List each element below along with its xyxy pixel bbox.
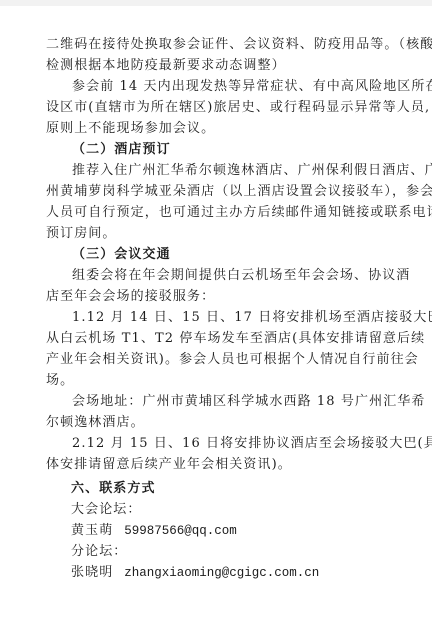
body-line: 场。 [46,370,380,391]
body-line: 尔顿逸林酒店。 [46,412,380,433]
body-line: 检测根据本地防疫最新要求动态调整） [46,55,380,76]
body-line: 1.12 月 14 日、15 日、17 日将安排机场至酒店接驳大巴， [46,307,380,328]
body-line: 从白云机场 T1、T2 停车场发车至酒店(具体安排请留意后续 [46,328,380,349]
body-line: 组委会将在年会期间提供白云机场至年会会场、协议酒 [46,265,380,286]
body-line: 店至年会会场的接驳服务： [46,286,380,307]
body-line: 体安排请留意后续产业年会相关资讯)。 [46,454,380,475]
body-line: 二维码在接待处换取参会证件、会议资料、防疫用品等。（核酸 [46,34,380,55]
body-line: 原则上不能现场参加会议。 [46,118,380,139]
section-heading-hotel: （二）酒店预订 [46,139,380,160]
contact-email: 59987566@qq.com [124,524,237,538]
body-line: 设区市(直辖市为所在辖区)旅居史、或行程码显示异常等人员, [46,97,380,118]
body-line: 2.12 月 15 日、16 日将安排协议酒店至会场接驳大巴(具 [46,433,380,454]
body-line: 推荐入住广州汇华希尔顿逸林酒店、广州保利假日酒店、广 [46,160,380,181]
contact-name: 黄玉萌 [71,520,119,541]
page-top-edge [0,0,432,6]
document-page: 二维码在接待处换取参会证件、会议资料、防疫用品等。（核酸 检测根据本地防疫最新要… [46,34,380,583]
sub-forum-contact: 张晓明 zhangxiaoming@cgigc.com.cn [46,562,380,583]
main-forum-contact: 黄玉萌 59987566@qq.com [46,520,380,541]
body-line: 产业年会相关资讯)。参会人员也可根据个人情况自行前往会 [46,349,380,370]
section-heading-contact: 六、联系方式 [46,478,380,499]
body-line: 会场地址：广州市黄埔区科学城水西路 18 号广州汇华希 [46,391,380,412]
body-line: 州黄埔萝岗科学城亚朵酒店（以上酒店设置会议接驳车），参会 [46,181,380,202]
section-heading-transport: （三）会议交通 [46,244,380,265]
contact-name: 张晓明 [71,562,119,583]
sub-forum-label: 分论坛： [46,541,380,562]
body-line: 预订房间。 [46,223,380,244]
body-line: 参会前 14 天内出现发热等异常症状、有中高风险地区所在 [46,76,380,97]
body-line: 人员可自行预定，也可通过主办方后续邮件通知链接或联系电话 [46,202,380,223]
main-forum-label: 大会论坛： [46,499,380,520]
contact-email: zhangxiaoming@cgigc.com.cn [124,566,319,580]
